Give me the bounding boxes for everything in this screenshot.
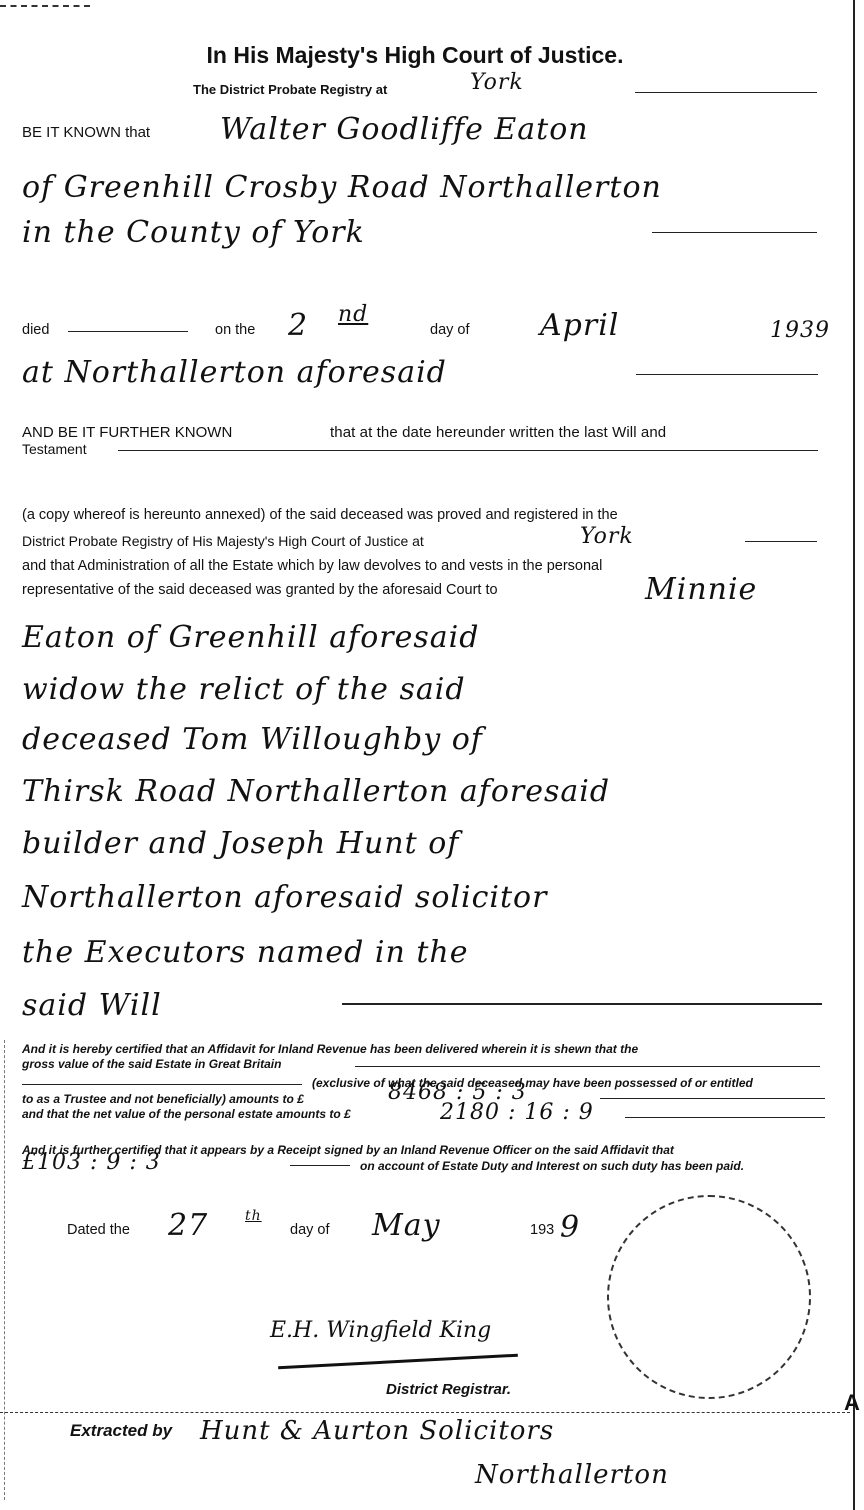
cert-line4: to as a Trustee and not beneficially) am… xyxy=(22,1092,304,1106)
grantee-line-4: Thirsk Road Northallerton aforesaid xyxy=(22,774,610,809)
dated-year-hand: 9 xyxy=(560,1210,580,1245)
rule xyxy=(745,541,817,542)
rule xyxy=(118,450,818,451)
signature-flourish xyxy=(278,1354,518,1370)
grantee-line-8: said Will xyxy=(22,988,162,1023)
cert-line2: gross value of the said Estate in Great … xyxy=(22,1057,281,1071)
died-label: died xyxy=(22,322,49,338)
place-of-death: at Northallerton aforesaid xyxy=(22,355,447,390)
be-it-known-label: BE IT KNOWN that xyxy=(22,124,150,141)
proof-line4: representative of the said deceased was … xyxy=(22,582,498,598)
further-known-text: that at the date hereunder written the l… xyxy=(330,424,666,441)
net-value: 2180 : 16 : 9 xyxy=(440,1100,594,1125)
registry-label: The District Probate Registry at xyxy=(193,82,387,97)
grantee-line-2: widow the relict of the said xyxy=(22,672,466,707)
solicitor-town: Northallerton xyxy=(475,1460,669,1490)
on-the-label: on the xyxy=(215,322,255,338)
cert-line1: And it is hereby certified that an Affid… xyxy=(22,1042,638,1056)
rule xyxy=(636,374,818,375)
rule xyxy=(600,1098,825,1099)
deceased-address-line1: of Greenhill Crosby Road Northallerton xyxy=(22,170,662,205)
divider xyxy=(0,1412,850,1413)
probate-document: In His Majesty's High Court of Justice. … xyxy=(0,0,864,1510)
rule xyxy=(68,331,188,332)
rule xyxy=(290,1165,350,1166)
grantee-line-7: the Executors named in the xyxy=(22,935,468,970)
further-known-heading: AND BE IT FURTHER KNOWN xyxy=(22,424,232,441)
grantee-line-1: Eaton of Greenhill aforesaid xyxy=(22,620,479,655)
rule xyxy=(355,1066,820,1067)
rule xyxy=(635,92,817,93)
dated-day-suffix: th xyxy=(245,1208,262,1224)
solicitor-firm: Hunt & Aurton Solicitors xyxy=(200,1416,554,1446)
rule xyxy=(625,1117,825,1118)
dated-day: 27 xyxy=(168,1208,208,1243)
day-of-label: day of xyxy=(430,322,470,338)
proof-line2: District Probate Registry of His Majesty… xyxy=(22,533,424,549)
scan-edge-fragment: A xyxy=(844,1390,860,1416)
page-edge-left xyxy=(4,1040,5,1500)
death-month: April xyxy=(540,308,619,343)
registrar-title: District Registrar. xyxy=(386,1381,511,1398)
extracted-by-label: Extracted by xyxy=(70,1421,172,1441)
proof-line1: (a copy whereof is hereunto annexed) of … xyxy=(22,507,618,523)
duty-value: £103 : 9 : 3 xyxy=(22,1150,161,1175)
grantee-line-5: builder and Joseph Hunt of xyxy=(22,826,459,861)
court-seal-outline xyxy=(607,1195,811,1399)
page-edge xyxy=(853,0,855,1510)
death-day-suffix: nd xyxy=(338,302,368,327)
grantee-first-name: Minnie xyxy=(645,572,757,607)
proof-line3: and that Administration of all the Estat… xyxy=(22,558,602,574)
deceased-name: Walter Goodliffe Eaton xyxy=(220,112,589,147)
dated-month: May xyxy=(372,1208,441,1243)
rule xyxy=(652,232,817,233)
scan-edge-mark xyxy=(0,5,90,7)
registry-place: York xyxy=(470,70,524,95)
dated-label: Dated the xyxy=(67,1222,130,1238)
cert-line7: on account of Estate Duty and Interest o… xyxy=(360,1159,744,1173)
rule xyxy=(342,1003,822,1005)
proof-place: York xyxy=(580,524,634,549)
grantee-line-3: deceased Tom Willoughby of xyxy=(22,722,483,757)
rule xyxy=(22,1084,302,1085)
court-title: In His Majesty's High Court of Justice. xyxy=(0,42,830,69)
registrar-signature: E.H. Wingfield King xyxy=(270,1318,491,1343)
death-day: 2 xyxy=(288,308,308,343)
dated-day-of-label: day of xyxy=(290,1222,330,1238)
cert-line3: (exclusive of what the said deceased may… xyxy=(312,1076,753,1090)
dated-year-print: 193 xyxy=(530,1222,554,1238)
death-year: 1939 xyxy=(770,318,830,343)
deceased-address-line2: in the County of York xyxy=(22,215,365,250)
cert-line5: and that the net value of the personal e… xyxy=(22,1107,351,1121)
testament-label: Testament xyxy=(22,441,87,457)
grantee-line-6: Northallerton aforesaid solicitor xyxy=(22,880,547,915)
